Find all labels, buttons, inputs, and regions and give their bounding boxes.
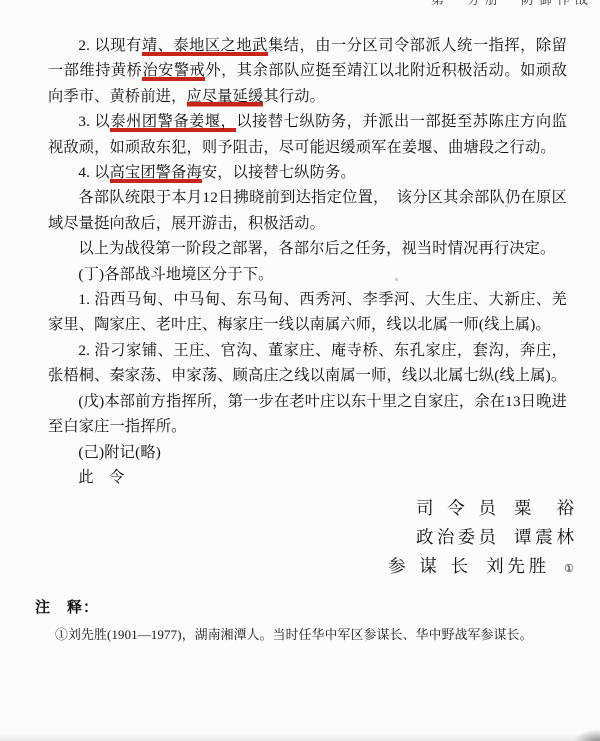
signature-row: 政治委员谭震林 [388, 523, 574, 552]
signature-row: 司令员粟裕 [388, 494, 574, 523]
red-underline-annotation: 靖、泰地区之地武 [142, 37, 268, 56]
text-run: (戊)本部前方指挥所，第一步在老叶庄以东十里之自家庄，余在13日晚进至白家庄一指… [48, 393, 567, 435]
signature-role: 司令员 [416, 494, 496, 523]
footnote-marker: ① [564, 555, 574, 584]
text-run: (己)附记(略) [78, 444, 161, 461]
signature-name: 谭震林 [514, 523, 574, 552]
notes-list: ①刘先胜(1901—1977)，湖南湘潭人。当时任华中军区参谋长、华中野战军参谋… [35, 625, 575, 645]
document-page: 第一分册 防御作战 2. 以现有靖、泰地区之地武集结，由一分区司令部派人统一指挥… [0, 0, 600, 741]
text-run: 安，以接替七纵防务。 [202, 164, 356, 181]
paragraph: 此 令 [48, 465, 567, 490]
text-run: 以上为战役第一阶段之部署，各部尔后之任务，视当时情况再行决定。 [78, 240, 555, 257]
paragraph: 4. 以高宝团警备海安，以接替七纵防务。 [48, 160, 567, 185]
red-underline-annotation: 治安警戒 [142, 62, 205, 81]
red-underline-annotation: 高宝团警备海 [110, 164, 202, 183]
scan-speck [505, 205, 508, 207]
text-run: 1. 沿西马甸、中马甸、东马甸、西秀河、李季河、大生庄、大新庄、羌家里、陶家庄、… [48, 291, 567, 333]
text-run: 2. 以现有 [78, 37, 141, 54]
text-run: 各部队统限于本月12日拂晓前到达指定位置， 该分区其余部队仍在原区域尽量挺向敌后… [48, 189, 567, 231]
text-run: 4. 以 [78, 164, 109, 181]
footnote-item: ①刘先胜(1901—1977)，湖南湘潭人。当时任华中军区参谋长、华中野战军参谋… [35, 625, 575, 645]
scan-speck [395, 278, 398, 281]
signature-role: 政治委员 [416, 523, 496, 552]
signature-block: 司令员粟裕政治委员谭震林参谋长刘先胜① [388, 494, 574, 584]
paragraph: (戊)本部前方指挥所，第一步在老叶庄以东十里之自家庄，余在13日晚进至白家庄一指… [48, 389, 567, 440]
order-body: 2. 以现有靖、泰地区之地武集结，由一分区司令部派人统一指挥，除留一部维持黄桥治… [48, 33, 567, 490]
page-corner-smudge [574, 729, 600, 741]
page-header-fragment: 第一分册 防御作战 [431, 0, 596, 7]
notes-heading: 注 释： [35, 596, 575, 617]
text-run: 其行动。 [263, 88, 325, 105]
signature-row: 参谋长刘先胜① [388, 552, 574, 584]
text-run: 2. 沿刁家铺、王庄、官沟、董家庄、庵寺桥、东孔家庄，套沟，奔庄，张梧桐、秦家荡… [48, 342, 567, 384]
paragraph: 3. 以泰州团警备姜堰，以接替七纵防务，并派出一部挺至苏陈庄方向监视敌顽，如顽敌… [48, 109, 567, 160]
red-underline-annotation: 应尽量延缓 [187, 88, 264, 107]
signature-role: 参谋长 [388, 552, 468, 581]
red-underline-annotation: 泰州团警备姜堰， [110, 113, 236, 132]
paragraph: 1. 沿西马甸、中马甸、东马甸、西秀河、李季河、大生庄、大新庄、羌家里、陶家庄、… [48, 287, 567, 338]
page-edge-shadow [0, 733, 600, 741]
paragraph: (丁)各部战斗地境区分于下。 [48, 262, 567, 287]
signature-name: 刘先胜 [486, 552, 546, 581]
paragraph: 以上为战役第一阶段之部署，各部尔后之任务，视当时情况再行决定。 [48, 236, 567, 261]
paragraph: 各部队统限于本月12日拂晓前到达指定位置， 该分区其余部队仍在原区域尽量挺向敌后… [48, 185, 567, 236]
signature-name: 粟裕 [514, 494, 574, 523]
notes-section: 注 释： ①刘先胜(1901—1977)，湖南湘潭人。当时任华中军区参谋长、华中… [35, 596, 575, 645]
text-run: (丁)各部战斗地境区分于下。 [78, 266, 273, 283]
text-run: 此 令 [78, 469, 124, 486]
paragraph: 2. 以现有靖、泰地区之地武集结，由一分区司令部派人统一指挥，除留一部维持黄桥治… [48, 33, 567, 109]
page-header-fragment-text: 第一分册 防御作战 [431, 0, 596, 7]
text-run: 3. 以 [78, 113, 110, 130]
paragraph: (己)附记(略) [48, 440, 567, 465]
paragraph: 2. 沿刁家铺、王庄、官沟、董家庄、庵寺桥、东孔家庄，套沟，奔庄，张梧桐、秦家荡… [48, 338, 567, 389]
